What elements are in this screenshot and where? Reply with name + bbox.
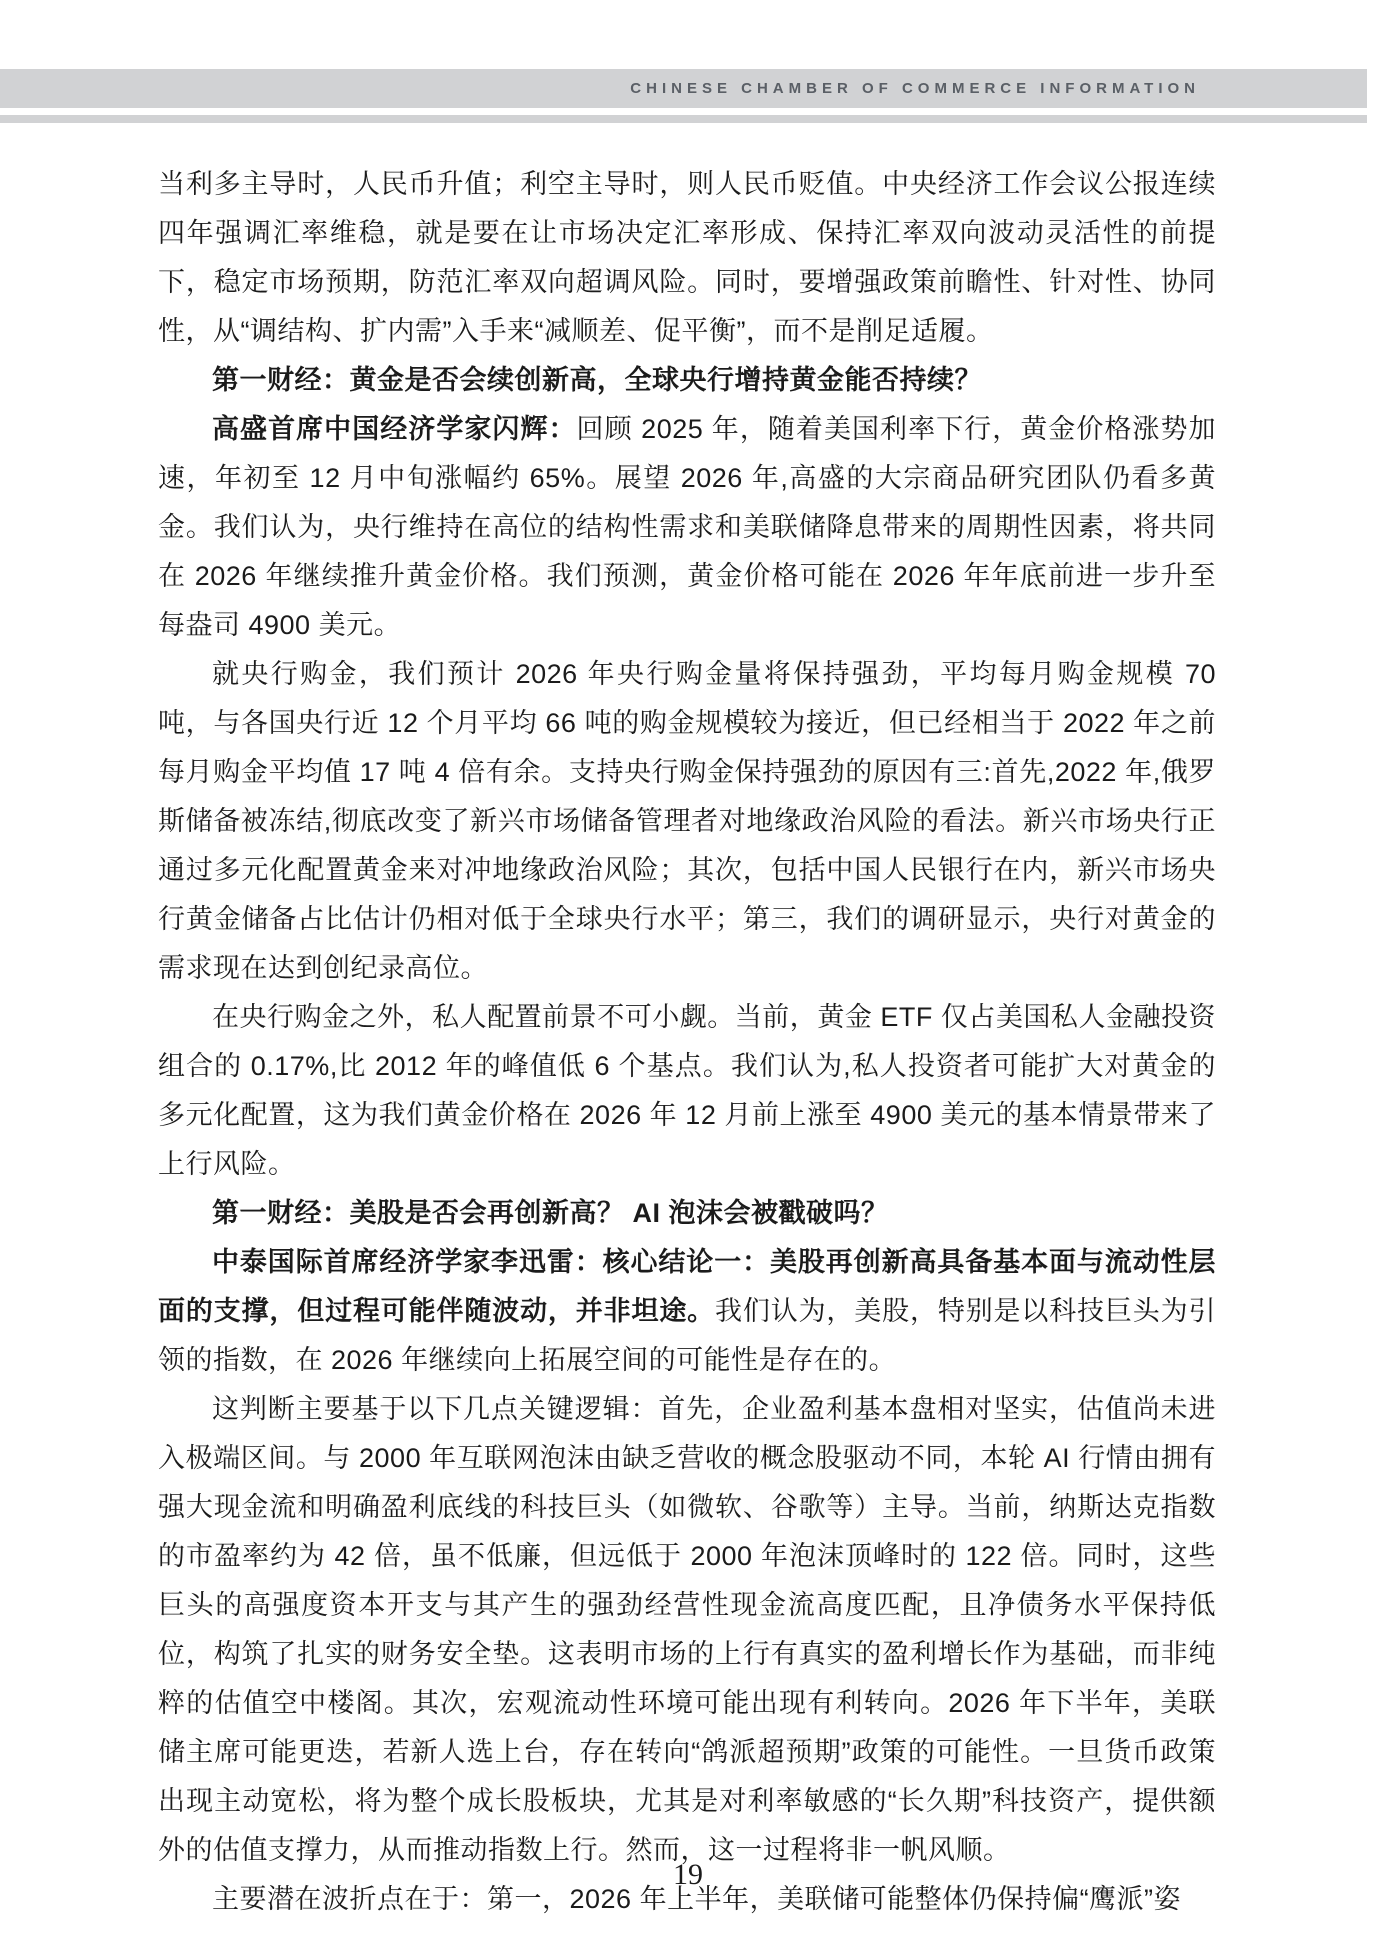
paragraph: 就央行购金，我们预计 2026 年央行购金量将保持强劲，平均每月购金规模 70 …	[158, 650, 1216, 993]
paragraph: 在央行购金之外，私人配置前景不可小觑。当前，黄金 ETF 仅占美国私人金融投资组…	[158, 993, 1216, 1189]
paragraph: 这判断主要基于以下几点关键逻辑：首先，企业盈利基本盘相对坚实，估值尚未进入极端区…	[158, 1385, 1216, 1875]
paragraph: 高盛首席中国经济学家闪辉：回顾 2025 年，随着美国利率下行，黄金价格涨势加速…	[158, 405, 1216, 650]
bold-text-run: 高盛首席中国经济学家闪辉：	[212, 414, 577, 444]
body-text: 当利多主导时，人民币升值；利空主导时，则人民币贬值。中央经济工作会议公报连续四年…	[158, 160, 1216, 1924]
paragraph: 第一财经：美股是否会再创新高？ AI 泡沫会被戳破吗？	[158, 1189, 1216, 1238]
header-banner-rule	[0, 115, 1367, 123]
text-run: 当利多主导时，人民币升值；利空主导时，则人民币贬值。中央经济工作会议公报连续四年…	[158, 169, 1216, 346]
text-run: 回顾 2025 年，随着美国利率下行，黄金价格涨势加速，年初至 12 月中旬涨幅…	[158, 414, 1216, 640]
document-page: CHINESE CHAMBER OF COMMERCE INFORMATION …	[0, 0, 1376, 1943]
paragraph: 第一财经：黄金是否会续创新高，全球央行增持黄金能否持续？	[158, 356, 1216, 405]
header-banner: CHINESE CHAMBER OF COMMERCE INFORMATION	[0, 69, 1367, 108]
text-run: 这判断主要基于以下几点关键逻辑：首先，企业盈利基本盘相对坚实，估值尚未进入极端区…	[158, 1394, 1216, 1865]
page-number: 19	[0, 1858, 1376, 1892]
header-banner-text: CHINESE CHAMBER OF COMMERCE INFORMATION	[630, 80, 1200, 97]
text-run: 就央行购金，我们预计 2026 年央行购金量将保持强劲，平均每月购金规模 70 …	[158, 659, 1216, 983]
paragraph: 中泰国际首席经济学家李迅雷：核心结论一：美股再创新高具备基本面与流动性层面的支撑…	[158, 1238, 1216, 1385]
text-run: 在央行购金之外，私人配置前景不可小觑。当前，黄金 ETF 仅占美国私人金融投资组…	[158, 1002, 1216, 1179]
bold-text-run: 第一财经：美股是否会再创新高？ AI 泡沫会被戳破吗？	[212, 1198, 889, 1228]
paragraph: 当利多主导时，人民币升值；利空主导时，则人民币贬值。中央经济工作会议公报连续四年…	[158, 160, 1216, 356]
bold-text-run: 第一财经：黄金是否会续创新高，全球央行增持黄金能否持续？	[212, 365, 982, 395]
